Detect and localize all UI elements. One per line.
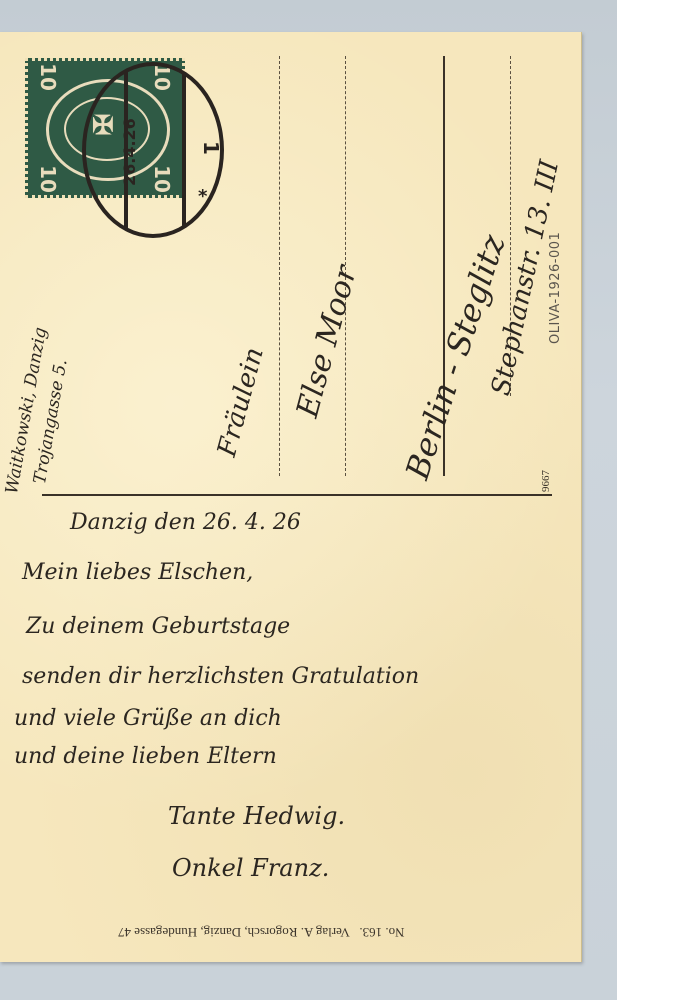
message-line-5: und viele Grüße an dich <box>14 706 282 731</box>
message-divider-line <box>42 494 552 496</box>
postmark-bar-right <box>182 72 186 228</box>
message-line-3: Zu deinem Geburtstage <box>26 614 290 639</box>
postmark-cancellation: 26.4.26 1 * <box>82 62 224 238</box>
address-divider-1 <box>279 56 280 476</box>
postcard: 10 10 10 10 ✠ 26.4.26 1 * Waitkowski, Da… <box>0 32 582 962</box>
print-number: 9667 <box>540 470 552 492</box>
recipient-salutation: Fräulein <box>212 344 270 459</box>
postmark-office: 1 <box>199 141 223 155</box>
publisher-imprint: No. 163. Verlag A. Rogorsch, Danzig, Hun… <box>118 924 404 940</box>
message-signature-1: Tante Hedwig. <box>168 802 345 830</box>
message-line-6: und deine lieben Eltern <box>14 744 277 769</box>
postmark-star: * <box>198 186 207 207</box>
message-line-4: senden dir herzlichsten Gratulation <box>22 664 419 689</box>
stamp-value-top-left: 10 <box>36 63 60 91</box>
message-signature-2: Onkel Franz. <box>172 854 329 882</box>
postmark-date: 26.4.26 <box>120 118 139 186</box>
recipient-name: Else Moor <box>290 262 364 421</box>
message-line-date: Danzig den 26. 4. 26 <box>70 510 301 535</box>
stamp-value-bottom-left: 10 <box>36 165 60 193</box>
message-line-greeting: Mein liebes Elschen, <box>22 560 253 585</box>
archive-reference-note: OLIVA-1926-001 <box>548 232 563 344</box>
